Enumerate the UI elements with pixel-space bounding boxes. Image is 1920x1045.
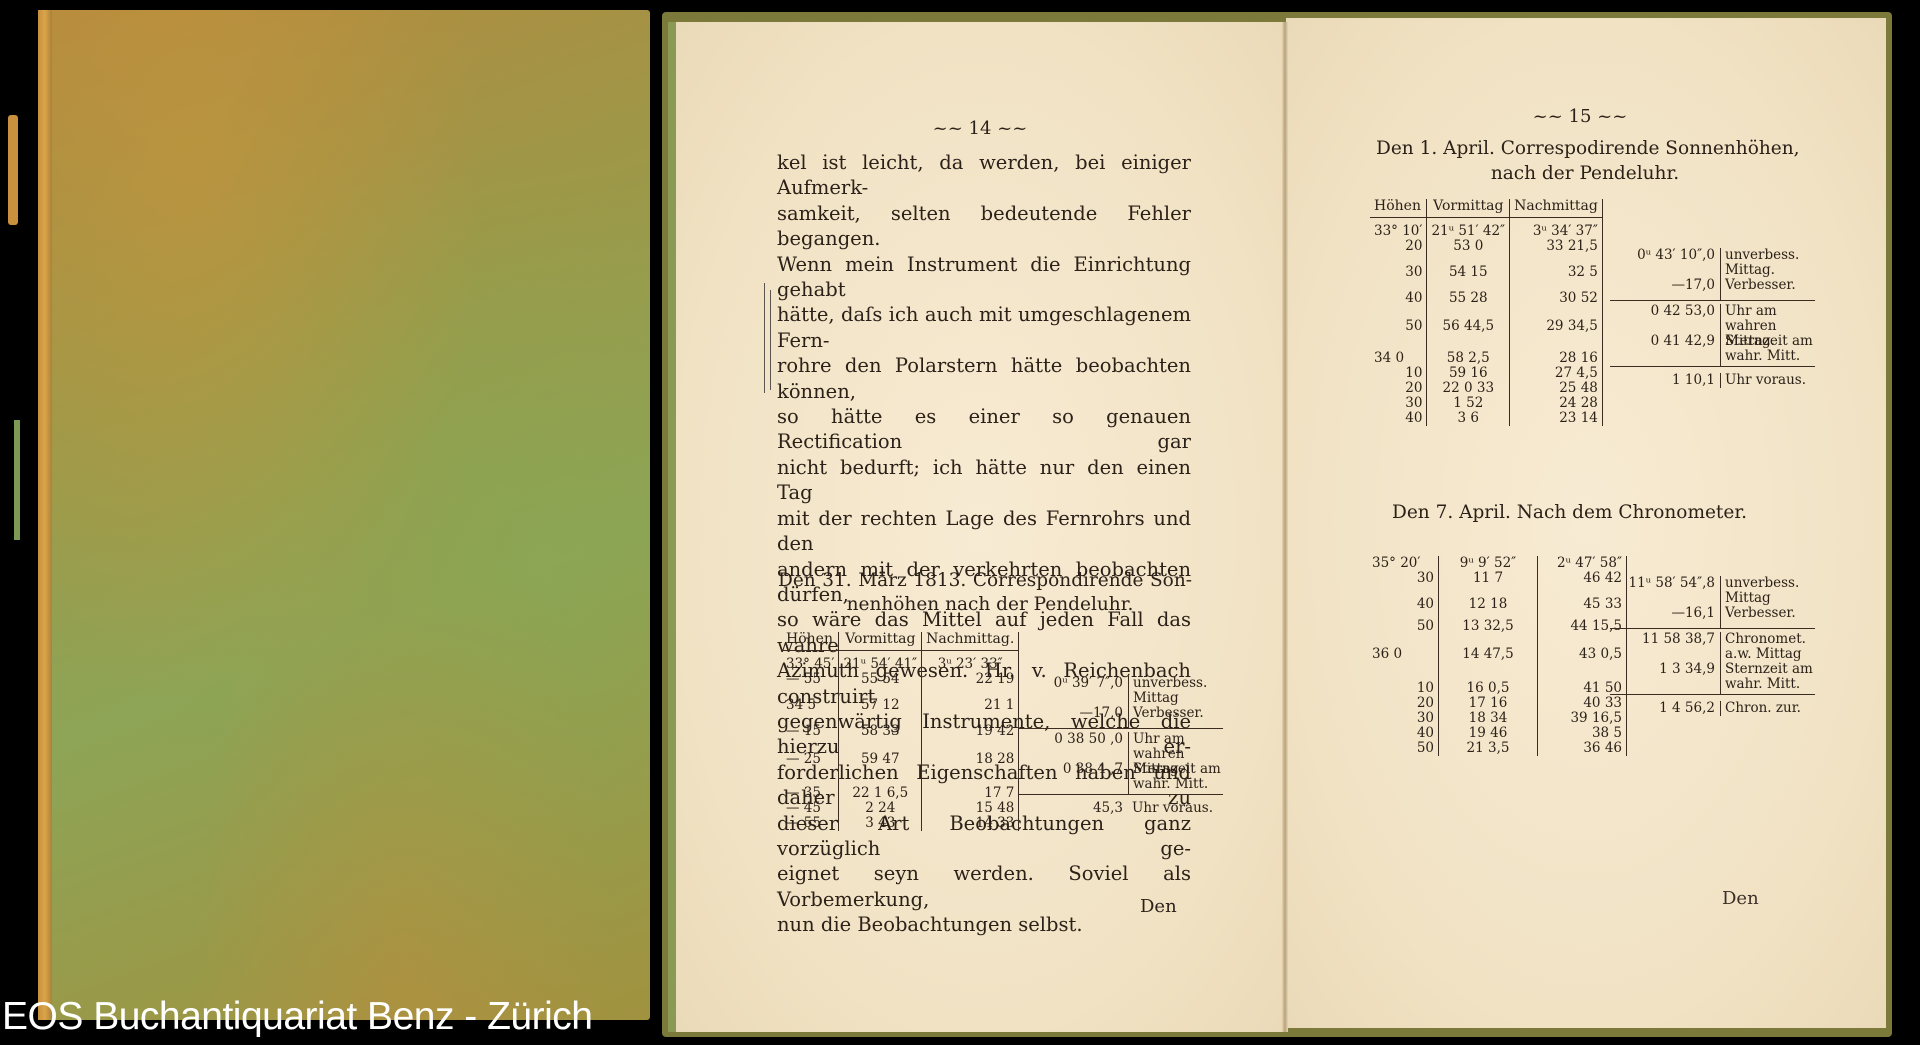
- table-row: 3011 746 42: [1368, 571, 1627, 597]
- table-row: 3054 1532 5: [1370, 265, 1602, 291]
- col-header-vormittag: Vormittag: [1427, 199, 1510, 218]
- table-row: 33° 45′21ᵘ 54′ 41″3ᵘ 23′ 33″: [782, 651, 1019, 673]
- text-line: kel ist leicht, da werden, bei einiger A…: [777, 150, 1191, 201]
- table-row: 5013 32,544 15,5: [1368, 619, 1627, 647]
- table-row: 33° 10′21ᵘ 51′ 42″3ᵘ 34′ 37″: [1370, 218, 1602, 240]
- catchword: Den: [1140, 896, 1177, 917]
- page-number-14: ~~ 14 ~~: [900, 118, 1060, 139]
- table-row: — 2559 4718 28: [782, 752, 1019, 786]
- table-row: 5056 44,529 34,5: [1370, 319, 1602, 351]
- section-heading-cont: nenhöhen nach der Pendeluhr.: [790, 594, 1190, 615]
- cover-spine-strip: [14, 420, 20, 540]
- col-header-hoehen: Höhen: [782, 632, 839, 651]
- table-row: — 3522 1 6,517 7: [782, 786, 1019, 801]
- text-line: rohre den Polarstern hätte beobachten kö…: [777, 353, 1191, 404]
- text-line: mit der rechten Lage des Fernrohrs und d…: [777, 506, 1191, 557]
- table-row: — 5555 5422 19: [782, 672, 1019, 698]
- page-number-15: ~~ 15 ~~: [1500, 106, 1660, 127]
- col-header-hoehen: Höhen: [1370, 199, 1427, 218]
- table-row: 34 058 2,528 16: [1370, 351, 1602, 366]
- table-row: 403 623 14: [1370, 411, 1602, 426]
- section-heading-april-1: Den 1. April. Correspodirende Sonnenhöhe…: [1376, 138, 1786, 159]
- text-line: samkeit, selten bedeutende Fehler begang…: [777, 201, 1191, 252]
- observation-table-april-7: 35° 20′9ᵘ 9′ 52″2ᵘ 47′ 58″ 3011 746 42 4…: [1368, 556, 1627, 756]
- table-row: 301 5224 28: [1370, 396, 1602, 411]
- text-line: nun die Beobachtungen selbst.: [777, 912, 1191, 937]
- results-block-april-7: 11ᵘ 58′ 54″,8unverbess. Mittag —16,1Verb…: [1610, 576, 1815, 716]
- table-row: 36 014 47,543 0,5: [1368, 647, 1627, 681]
- catchword: Den: [1722, 888, 1759, 909]
- pencil-margin-mark: [770, 290, 771, 390]
- table-row: 4012 1845 33: [1368, 597, 1627, 619]
- table-row: 2017 1640 33: [1368, 696, 1627, 711]
- col-header-nachmittag: Nachmittag: [1510, 199, 1603, 218]
- text-line: so hätte es einer so genauen Rectificati…: [777, 404, 1191, 455]
- results-block-april-1: 0ᵘ 43′ 10″,0unverbess. Mittag. —17,0Verb…: [1610, 248, 1815, 388]
- watermark-text: EOS Buchantiquariat Benz - Zürich: [2, 995, 592, 1039]
- text-line: Wenn mein Instrument die Einrichtung geh…: [777, 252, 1191, 303]
- table-row: 3018 3439 16,5: [1368, 711, 1627, 726]
- table-row: — 553 4314 33: [782, 816, 1019, 831]
- text-line: hätte, daſs ich auch mit umgeschlagenem …: [777, 302, 1191, 353]
- table-row: 2022 0 3325 48: [1370, 381, 1602, 396]
- cover-spine: [38, 10, 52, 1020]
- book-gutter: [1282, 22, 1288, 1032]
- section-heading: Den 31. März 1813. Correspondirende Son-: [778, 570, 1192, 591]
- cover-bookmark-tab: [8, 115, 18, 225]
- col-header-vormittag: Vormittag: [839, 632, 922, 651]
- table-row: 1016 0,541 50: [1368, 681, 1627, 696]
- text-line: eignet seyn werden. Soviel als Vorbemerk…: [777, 861, 1191, 912]
- table-row: 4055 2830 52: [1370, 291, 1602, 319]
- table-row: 35° 20′9ᵘ 9′ 52″2ᵘ 47′ 58″: [1368, 556, 1627, 571]
- results-block-march-31: 0ᵘ 39′ 7″,0unverbess. Mittag —17,0Verbes…: [1018, 676, 1223, 816]
- observation-table-march-31: Höhen Vormittag Nachmittag. 33° 45′21ᵘ 5…: [782, 632, 1019, 831]
- section-heading-april-1-cont: nach der Pendeluhr.: [1400, 163, 1770, 184]
- text-line: nicht bedurft; ich hätte nur den einen T…: [777, 455, 1191, 506]
- col-header-nachmittag: Nachmittag.: [922, 632, 1019, 651]
- book-cover: [38, 10, 650, 1020]
- table-row: 4019 4638 5: [1368, 726, 1627, 741]
- pencil-margin-mark: [764, 283, 765, 393]
- section-heading-april-7: Den 7. April. Nach dem Chronometer.: [1392, 502, 1747, 523]
- table-row: 34 557 1221 1: [782, 698, 1019, 724]
- table-row: — 452 2415 48: [782, 801, 1019, 816]
- table-row: 5021 3,536 46: [1368, 741, 1627, 756]
- table-row: 1059 1627 4,5: [1370, 366, 1602, 381]
- table-row: — 1558 3319 42: [782, 724, 1019, 752]
- observation-table-april-1: Höhen Vormittag Nachmittag 33° 10′21ᵘ 51…: [1370, 199, 1603, 426]
- table-row: 2053 033 21,5: [1370, 239, 1602, 265]
